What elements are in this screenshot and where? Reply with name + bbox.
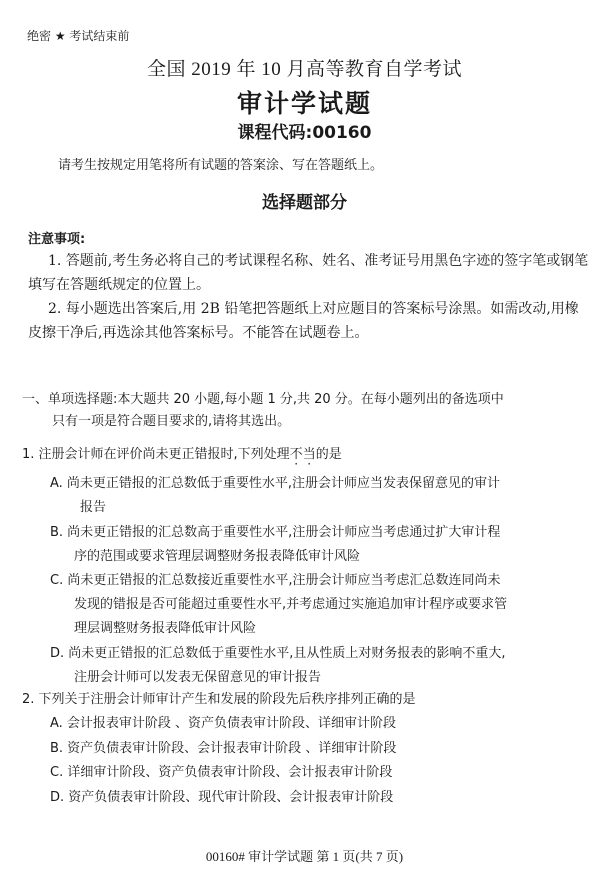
question-2-stem: 2. 下列关于注册会计师审计产生和发展的阶段先后秩序排列正确的是 [22,688,416,707]
emphasis-mark: 当 [303,447,316,462]
q1-option-a-line-2: 报告 [80,496,106,515]
q1-option-a-line-1: A. 尚未更正错报的汇总数低于重要性水平,注册会计师应当发表保留意见的审计 [50,472,500,491]
q1-option-c-line-1: C. 尚未更正错报的汇总数接近重要性水平,注册会计师应当考虑汇总数连同尚未 [50,569,500,588]
page-footer: 00160# 审计学试题 第 1 页(共 7 页) [0,846,609,865]
course-code: 课程代码:00160 [0,118,609,143]
note-2-line-2: 皮擦干净后,再选涂其他答案标号。不能答在试题卷上。 [28,322,368,342]
confidential-label: 绝密 ★ 考试结束前 [27,27,129,44]
exam-title: 全国 2019 年 10 月高等教育自学考试 [0,54,609,81]
question-1-stem: 1. 注册会计师在评价尚未更正错报时,下列处理不当的是 [22,443,342,462]
subject-title: 审计学试题 [0,84,609,120]
q1-option-b-line-2: 序的范围或要求管理层调整财务报表降低审计风险 [74,545,360,564]
part-one-heading-line-1: 一、单项选择题:本大题共 20 小题,每小题 1 分,共 20 分。在每小题列出… [22,388,504,407]
part-one-heading-line-2: 只有一项是符合题目要求的,请将其选出。 [52,410,290,429]
note-1-line-2: 填写在答题纸规定的位置上。 [28,274,210,294]
section-title: 选择题部分 [0,188,609,213]
q1-option-b-line-1: B. 尚未更正错报的汇总数高于重要性水平,注册会计师应当考虑通过扩大审计程 [50,521,500,540]
q2-option-a: A. 会计报表审计阶段 、资产负债表审计阶段、详细审计阶段 [50,712,396,731]
q1-option-c-line-3: 理层调整财务报表降低审计风险 [74,617,256,636]
q1-option-d-line-2: 注册会计师可以发表无保留意见的审计报告 [74,666,321,685]
q1-option-c-line-2: 发现的错报是否可能超过重要性水平,并考虑通过实施追加审计程序或要求管 [74,593,507,612]
general-instruction: 请考生按规定用笔将所有试题的答案涂、写在答题纸上。 [58,154,383,173]
question-1-stem-pre: 1. 注册会计师在评价尚未更正错报时,下列处理 [22,447,290,462]
question-1-stem-post: 的是 [316,447,342,462]
note-1-line-1: 1. 答题前,考生务必将自己的考试课程名称、姓名、准考证号用黑色字迹的签字笔或钢… [48,250,588,270]
q1-option-d-line-1: D. 尚未更正错报的汇总数低于重要性水平,且从性质上对财务报表的影响不重大, [50,642,506,661]
q2-option-d: D. 资产负债表审计阶段、现代审计阶段、会计报表审计阶段 [50,786,393,805]
note-2-line-1: 2. 每小题选出答案后,用 2B 铅笔把答题纸上对应题目的答案标号涂黑。如需改动… [48,298,579,318]
q2-option-c: C. 详细审计阶段、资产负债表审计阶段、会计报表审计阶段 [50,761,392,780]
emphasis-mark: 不 [290,447,303,462]
notes-title: 注意事项: [28,228,85,247]
q2-option-b: B. 资产负债表审计阶段、会计报表审计阶段 、详细审计阶段 [50,737,396,756]
